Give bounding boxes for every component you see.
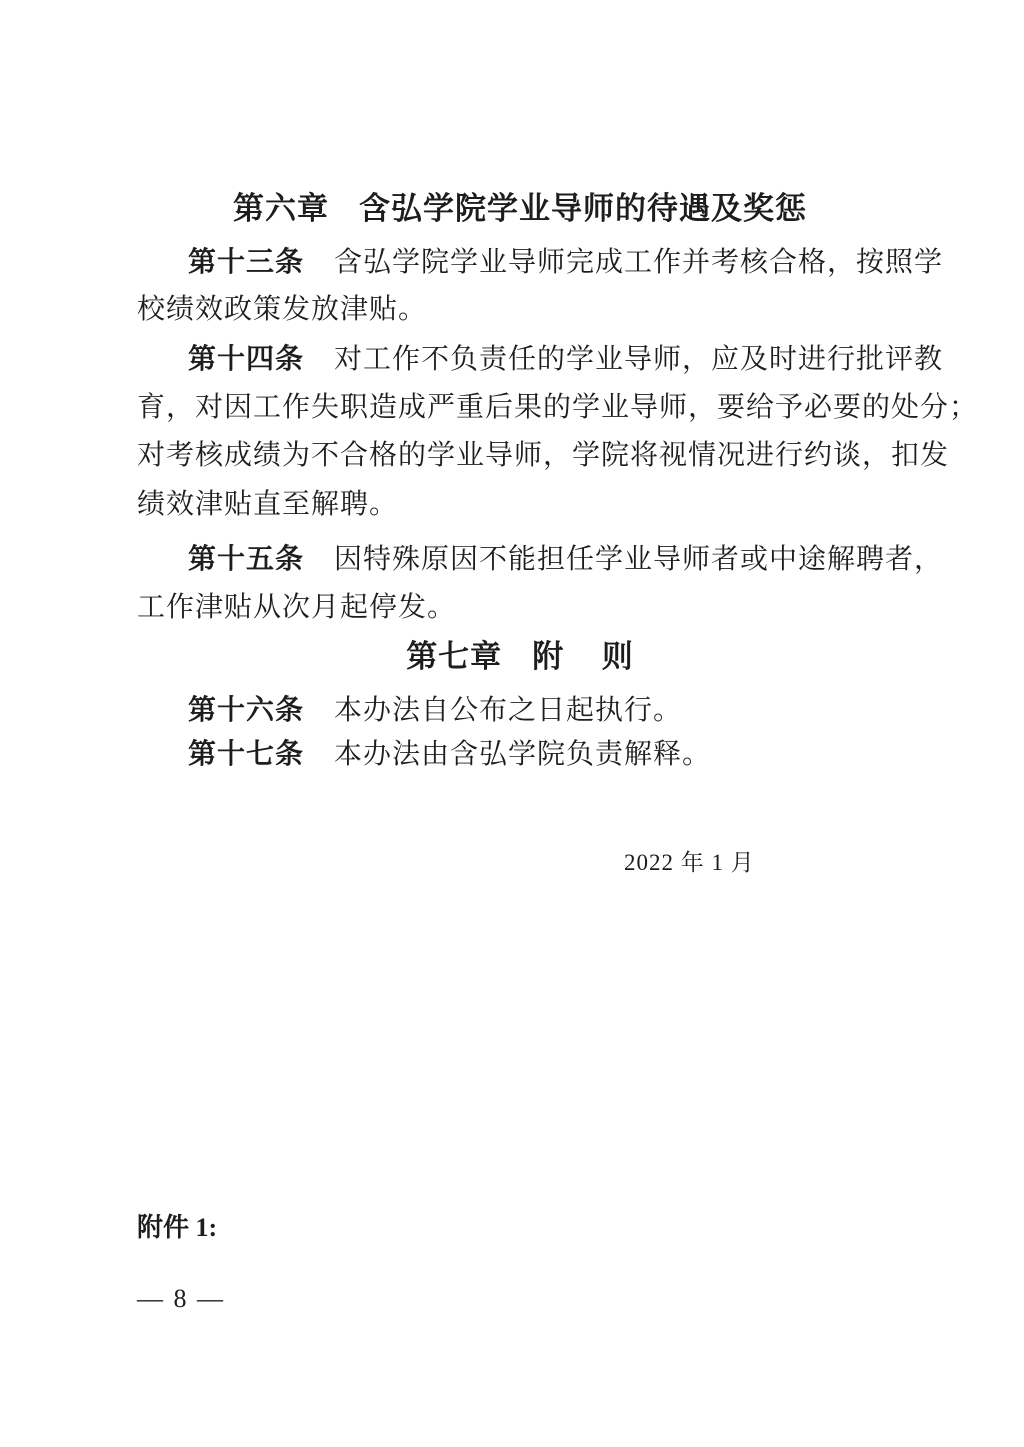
- chapter-6-title: 含弘学院学业导师的待遇及奖惩: [359, 191, 807, 226]
- article-17-line-1: 第十七条本办法由含弘学院负责解释。: [188, 738, 711, 772]
- article-14-text-2: 育，对因工作失职造成严重后果的学业导师，要给予必要的处分；: [137, 392, 978, 423]
- article-13-line-1: 第十三条含弘学院学业导师完成工作并考核合格，按照学: [188, 246, 943, 280]
- issue-date: 2022 年 1 月: [624, 849, 755, 877]
- article-15-line-1: 第十五条因特殊原因不能担任学业导师者或中途解聘者，: [188, 543, 943, 577]
- article-13-text-2: 校绩效政策发放津贴。: [137, 294, 427, 325]
- attachment-label: 附件 1:: [137, 1212, 217, 1244]
- article-14-text-4: 绩效津贴直至解聘。: [137, 489, 398, 520]
- article-16-line-1: 第十六条本办法自公布之日起执行。: [188, 694, 682, 728]
- article-14-line-2: 育，对因工作失职造成严重后果的学业导师，要给予必要的处分；: [137, 391, 978, 425]
- article-17-number: 第十七条: [188, 739, 304, 770]
- document-page: 第六章含弘学院学业导师的待遇及奖惩 第十三条含弘学院学业导师完成工作并考核合格，…: [0, 0, 1024, 1447]
- article-15-text-1: 因特殊原因不能担任学业导师者或中途解聘者，: [334, 544, 943, 575]
- chapter-7-number: 第七章: [406, 639, 502, 674]
- page-number: — 8 —: [137, 1283, 225, 1315]
- article-13-text-1: 含弘学院学业导师完成工作并考核合格，按照学: [334, 247, 943, 278]
- article-14-line-1: 第十四条对工作不负责任的学业导师，应及时进行批评教: [188, 343, 943, 377]
- chapter-7-heading: 第七章附 则: [137, 639, 903, 675]
- article-14-text-1: 对工作不负责任的学业导师，应及时进行批评教: [334, 344, 943, 375]
- chapter-6-heading: 第六章含弘学院学业导师的待遇及奖惩: [137, 191, 903, 227]
- article-17-text-1: 本办法由含弘学院负责解释。: [334, 739, 711, 770]
- chapter-6-number: 第六章: [233, 191, 329, 226]
- article-15-number: 第十五条: [188, 544, 304, 575]
- article-13-number: 第十三条: [188, 247, 304, 278]
- article-13-line-2: 校绩效政策发放津贴。: [137, 293, 427, 327]
- article-14-line-3: 对考核成绩为不合格的学业导师，学院将视情况进行约谈，扣发: [137, 439, 949, 473]
- article-15-text-2: 工作津贴从次月起停发。: [137, 592, 456, 623]
- chapter-7-title: 附 则: [532, 639, 634, 674]
- article-15-line-2: 工作津贴从次月起停发。: [137, 591, 456, 625]
- article-16-text-1: 本办法自公布之日起执行。: [334, 695, 682, 726]
- article-14-line-4: 绩效津贴直至解聘。: [137, 488, 398, 522]
- article-16-number: 第十六条: [188, 695, 304, 726]
- article-14-text-3: 对考核成绩为不合格的学业导师，学院将视情况进行约谈，扣发: [137, 440, 949, 471]
- article-14-number: 第十四条: [188, 344, 304, 375]
